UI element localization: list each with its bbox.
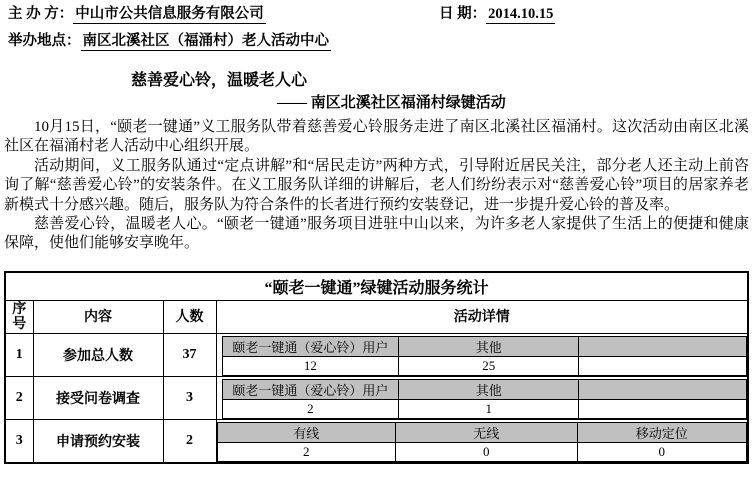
detail-header-cell: 移动定位 xyxy=(577,423,746,443)
stats-table-header-row: 序号 内容 人数 活动详情 xyxy=(5,301,748,334)
date-group: 日 期：2014.10.15 xyxy=(439,5,555,24)
detail-value-cell: 25 xyxy=(399,357,579,376)
stats-table: “颐老一键通”绿键活动服务统计 序号 内容 人数 活动详情 1 参加总人数 37… xyxy=(4,271,749,465)
detail-value-cell: 12 xyxy=(222,357,399,376)
detail-subtable: 颐老一键通（爱心铃）用户 其他 2 1 xyxy=(222,379,748,419)
detail-header-cell: 其他 xyxy=(399,337,579,357)
paragraph-1: 10月15日，“颐老一键通”义工服务队带着慈善爱心铃服务走进了南区北溪社区福涌村… xyxy=(4,118,749,157)
organizer-label: 主 办 方： xyxy=(8,6,73,22)
paragraph-2: 活动期间，义工服务队通过“定点讲解”和“居民走访”两种方式，引导附近居民关注，部… xyxy=(4,157,749,215)
col-header-detail: 活动详情 xyxy=(216,301,748,334)
document-page: 主 办 方：中山市公共信息服务有限公司 日 期：2014.10.15 举办地点：… xyxy=(0,0,753,464)
detail-header-cell: 有线 xyxy=(217,423,395,443)
detail-value-cell: 0 xyxy=(395,443,577,462)
detail-value-cell: 2 xyxy=(222,400,399,419)
table-row-1: 1 参加总人数 37 颐老一键通（爱心铃）用户 其他 12 25 xyxy=(5,334,748,377)
col-header-seq: 序号 xyxy=(5,301,33,334)
stats-table-title-row: “颐老一键通”绿键活动服务统计 xyxy=(5,272,748,301)
article-title: 慈善爱心铃，温暖老人心 xyxy=(131,71,749,91)
article-body: 10月15日，“颐老一键通”义工服务队带着慈善爱心铃服务走进了南区北溪社区福涌村… xyxy=(4,118,749,254)
table-row-2: 2 接受问卷调查 3 颐老一键通（爱心铃）用户 其他 2 1 xyxy=(5,377,748,420)
col-header-count: 人数 xyxy=(163,301,216,334)
content-cell: 参加总人数 xyxy=(33,334,163,377)
organizer-line: 主 办 方：中山市公共信息服务有限公司 日 期：2014.10.15 xyxy=(4,5,749,26)
detail-value-cell: 2 xyxy=(217,443,395,462)
seq-cell: 3 xyxy=(5,420,33,464)
venue-value: 南区北溪社区（福涌村）老人活动中心 xyxy=(81,33,332,51)
detail-value-cell: 0 xyxy=(577,443,746,462)
detail-subtable: 有线 无线 移动定位 2 0 0 xyxy=(217,422,748,462)
detail-header-cell: 其他 xyxy=(399,380,579,400)
detail-header-cell xyxy=(579,380,747,400)
detail-subtable: 颐老一键通（爱心铃）用户 其他 12 25 xyxy=(222,336,748,376)
detail-cell: 颐老一键通（爱心铃）用户 其他 2 1 xyxy=(216,377,748,420)
count-cell: 3 xyxy=(163,377,216,420)
seq-cell: 1 xyxy=(5,334,33,377)
date-label: 日 期： xyxy=(439,6,486,22)
detail-header-cell: 颐老一键通（爱心铃）用户 xyxy=(222,337,399,357)
col-header-content: 内容 xyxy=(33,301,163,334)
detail-cell: 有线 无线 移动定位 2 0 0 xyxy=(216,420,748,464)
detail-cell: 颐老一键通（爱心铃）用户 其他 12 25 xyxy=(216,334,748,377)
stats-table-title: “颐老一键通”绿键活动服务统计 xyxy=(5,272,748,301)
table-row-3: 3 申请预约安装 2 有线 无线 移动定位 2 0 0 xyxy=(5,420,748,464)
venue-line: 举办地点：南区北溪社区（福涌村）老人活动中心 xyxy=(4,32,749,53)
article-subtitle: —— 南区北溪社区福涌村绿键活动 xyxy=(277,94,749,113)
date-value: 2014.10.15 xyxy=(486,6,555,24)
detail-header-cell: 颐老一键通（爱心铃）用户 xyxy=(222,380,399,400)
seq-cell: 2 xyxy=(5,377,33,420)
content-cell: 申请预约安装 xyxy=(33,420,163,464)
count-cell: 2 xyxy=(163,420,216,464)
organizer-value: 中山市公共信息服务有限公司 xyxy=(73,6,266,24)
venue-label: 举办地点： xyxy=(8,33,81,49)
content-cell: 接受问卷调查 xyxy=(33,377,163,420)
paragraph-3: 慈善爱心铃，温暖老人心。“颐老一键通”服务项目进驻中山以来，为许多老人家提供了生… xyxy=(4,215,749,254)
count-cell: 37 xyxy=(163,334,216,377)
detail-value-cell xyxy=(579,400,747,419)
detail-header-cell: 无线 xyxy=(395,423,577,443)
detail-value-cell: 1 xyxy=(399,400,579,419)
detail-value-cell xyxy=(579,357,747,376)
detail-header-cell xyxy=(579,337,747,357)
